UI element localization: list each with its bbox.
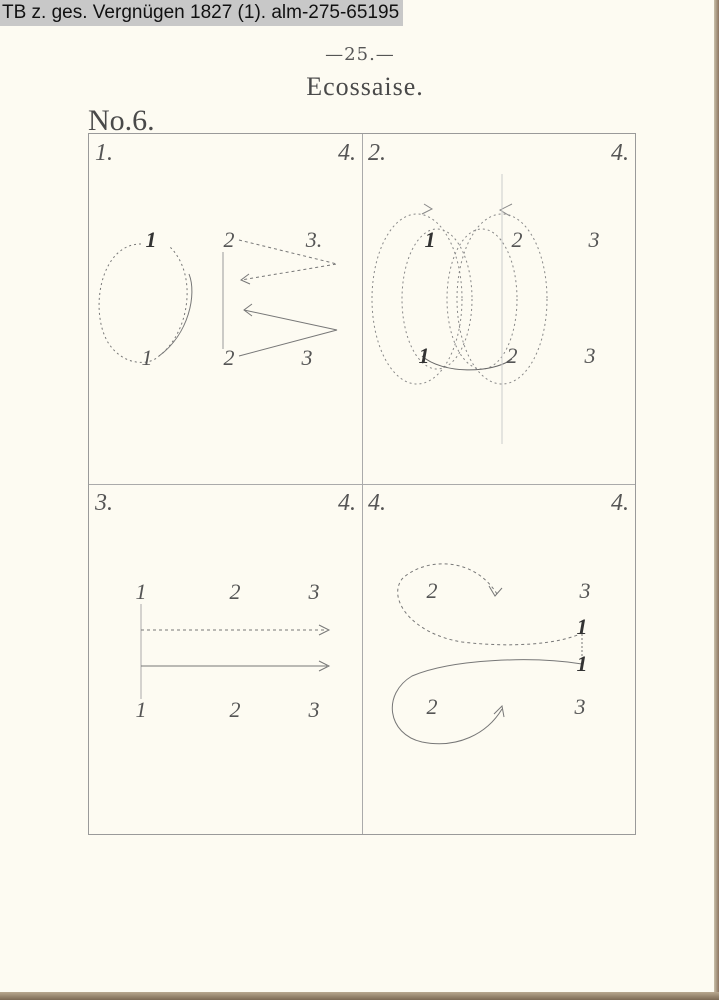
panel-4-path-diagram [362,484,635,834]
panel-2-count: 4. [611,140,629,167]
dancer-position: 3 [309,579,320,605]
dancer-position: 2 [507,343,518,369]
image-caption: TB z. ges. Vergnügen 1827 (1). alm-275-6… [0,0,403,26]
dancer-position: 1 [425,227,436,253]
panel-1-count: 4. [338,140,356,167]
panel-3-count: 4. [338,490,356,517]
dancer-position: 3 [589,227,600,253]
dancer-position: 2 [230,697,241,723]
panel-4-label: 4. [368,490,386,517]
dancer-position: 2 [427,694,438,720]
figure-panel-3: 3. 4. 1 2 3 1 2 3 [89,484,362,834]
dancer-position: 2 [427,578,438,604]
page-number: —25.— [300,44,420,65]
dancer-position: 1 [136,697,147,723]
dancer-position: 3 [309,697,320,723]
panel-2-label: 2. [368,140,386,167]
dancer-position: 1 [577,614,588,640]
dancer-position: 3 [302,345,313,371]
panel-1-label: 1. [95,140,113,167]
dancer-position: 1 [146,227,157,253]
book-edge-bottom [0,992,719,1000]
panel-1-path-diagram [89,134,362,484]
panel-3-label: 3. [95,490,113,517]
dancer-position: 3. [306,227,323,253]
book-edge-right [714,0,719,1000]
dancer-position: 1 [142,345,153,371]
figure-panel-2: 2. 4. 1 2 3 1 2 3 [362,134,635,484]
panel-2-path-diagram [362,134,635,484]
figure-grid: 1. 4. 1 2 3. 1 2 3 2 [88,133,636,835]
panel-4-count: 4. [611,490,629,517]
figure-panel-4: 4. 4. 2 3 1 1 2 3 [362,484,635,834]
dance-title: Ecossaise. [270,72,460,102]
dancer-position: 1 [419,343,430,369]
dancer-position: 2 [224,345,235,371]
figure-panel-1: 1. 4. 1 2 3. 1 2 3 [89,134,362,484]
dancer-position: 2 [224,227,235,253]
dancer-position: 1 [136,579,147,605]
scanned-page: —25.— Ecossaise. No.6. 1. 4. 1 2 [0,0,717,992]
dancer-position: 3 [575,694,586,720]
dancer-position: 1 [577,651,588,677]
panel-3-path-diagram [89,484,362,834]
dancer-position: 2 [512,227,523,253]
dancer-position: 2 [230,579,241,605]
dancer-position: 3 [585,343,596,369]
dancer-position: 3 [580,578,591,604]
